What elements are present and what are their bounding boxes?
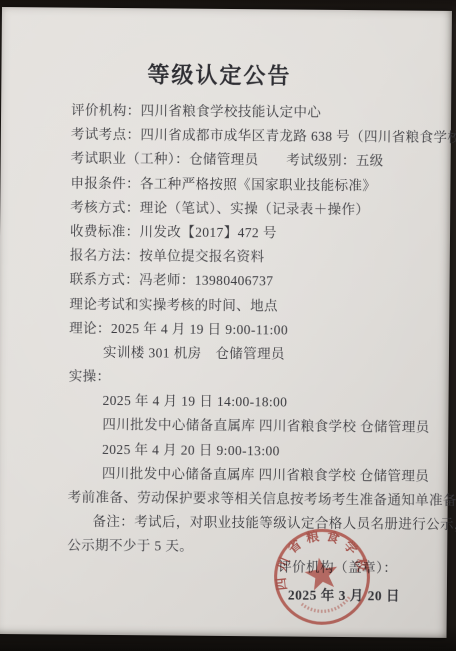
document-lines: 评价机构：四川省粮食学校技能认定中心考试考点：四川省成都市成华区青龙路 638 … [0, 98, 451, 561]
page-title: 等级认定公告 [1, 59, 451, 93]
document-line: 考前准备、劳动保护要求等相关信息按考场考生准备通知单准备 [0, 485, 448, 513]
signature-org-label: 评价机构（盖章）： [278, 555, 397, 576]
document-paper: 等级认定公告 评价机构：四川省粮食学校技能认定中心考试考点：四川省成都市成华区青… [0, 7, 452, 638]
photo-background: 等级认定公告 评价机构：四川省粮食学校技能认定中心考试考点：四川省成都市成华区青… [0, 0, 456, 651]
signature-date: 2025 年 3 月 20 日 [288, 584, 400, 605]
